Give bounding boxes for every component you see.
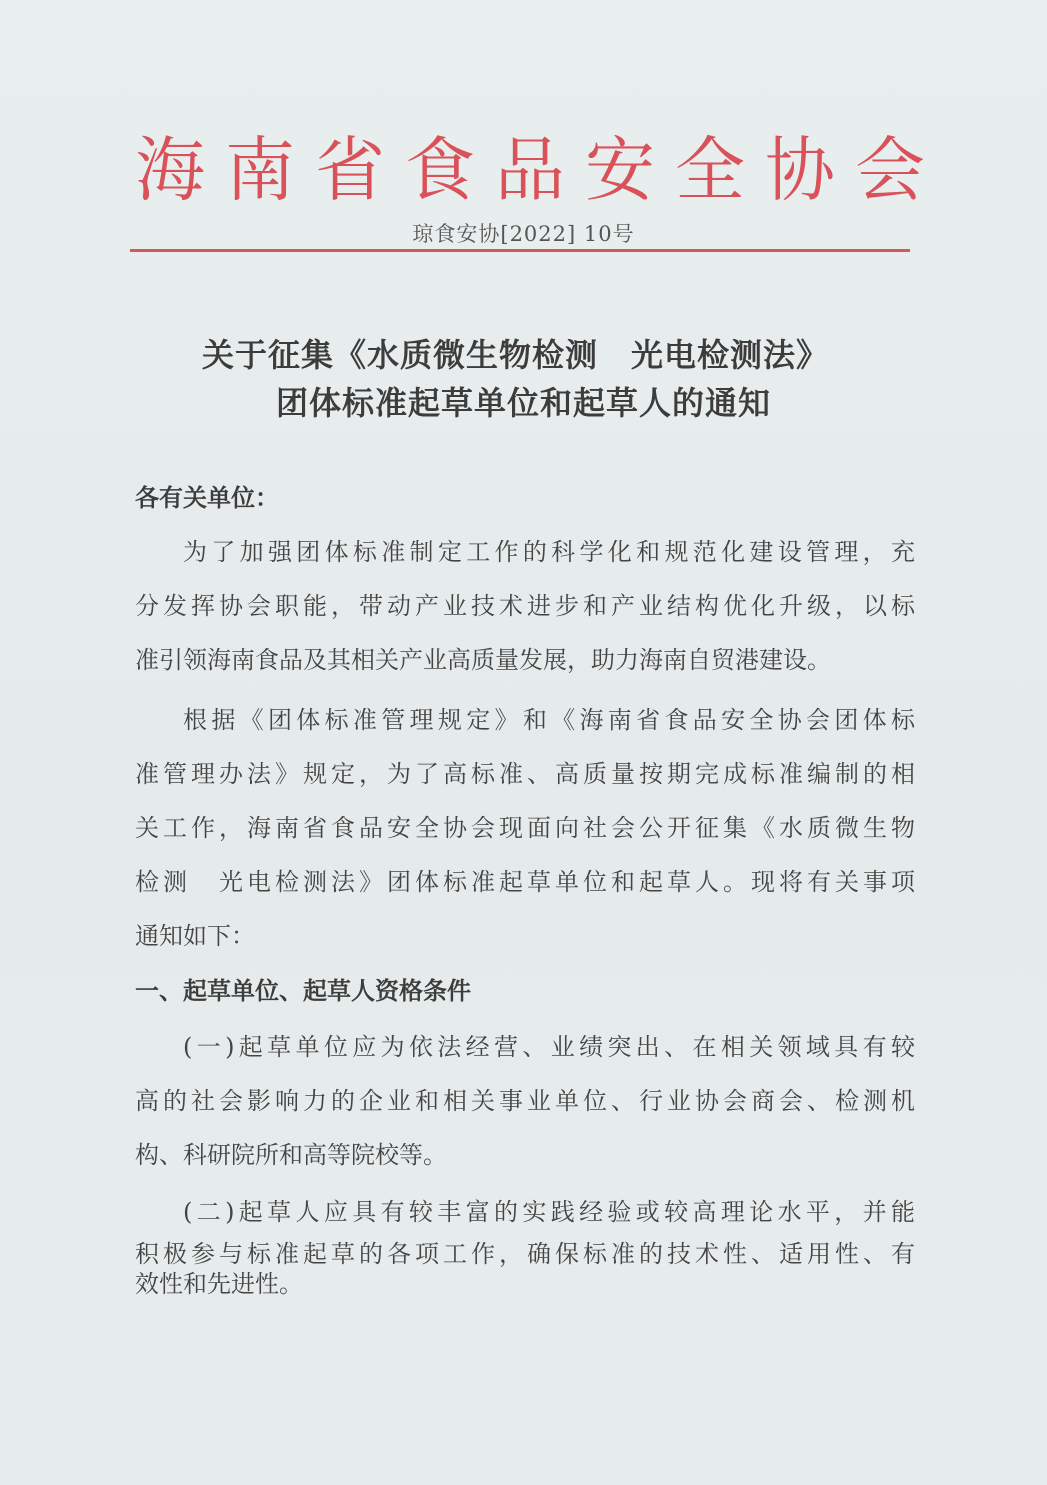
notice-title-line-1: 关于征集《水质微生物检测 光电检测法》 — [0, 330, 1039, 376]
section-1-item-2-line-1: (二)起草人应具有较丰富的实践经验或较高理论水平，并能 — [183, 1192, 915, 1227]
paragraph-2-line-4: 检测 光电检测法》团体标准起草单位和起草人。现将有关事项 — [135, 862, 915, 897]
notice-title-line-2: 团体标准起草单位和起草人的通知 — [0, 378, 1047, 424]
paragraph-1-line-2: 分发挥协会职能，带动产业技术进步和产业结构优化升级，以标 — [135, 586, 915, 621]
paragraph-1-line-3: 准引领海南食品及其相关产业高质量发展，助力海南自贸港建设。 — [135, 640, 915, 675]
section-1-item-2-line-3: 效性和先进性。 — [135, 1264, 915, 1299]
section-1-heading: 一、起草单位、起草人资格条件 — [135, 971, 471, 1006]
section-1-item-1-line-2: 高的社会影响力的企业和相关事业单位、行业协会商会、检测机 — [135, 1081, 915, 1116]
document-page: 海南省食品安全协会 琼食安协[2022] 10号 关于征集《水质微生物检测 光电… — [0, 0, 1047, 1485]
paragraph-2-line-1: 根据《团体标准管理规定》和《海南省食品安全协会团体标 — [183, 700, 915, 735]
paragraph-2-line-2: 准管理办法》规定，为了高标准、高质量按期完成标准编制的相 — [135, 754, 915, 789]
section-1-item-1-line-3: 构、科研院所和高等院校等。 — [135, 1135, 915, 1170]
document-number: 琼食安协[2022] 10号 — [0, 218, 1047, 248]
organization-letterhead: 海南省食品安全协会 — [135, 130, 925, 210]
salutation: 各有关单位： — [135, 478, 279, 513]
paragraph-1-line-1: 为了加强团体标准制定工作的科学化和规范化建设管理，充 — [183, 532, 915, 567]
section-1-item-1-line-1: (一)起草单位应为依法经营、业绩突出、在相关领域具有较 — [183, 1027, 915, 1062]
paragraph-2-line-5: 通知如下： — [135, 916, 915, 951]
letterhead-divider — [130, 249, 910, 252]
paragraph-2-line-3: 关工作，海南省食品安全协会现面向社会公开征集《水质微生物 — [135, 808, 915, 843]
